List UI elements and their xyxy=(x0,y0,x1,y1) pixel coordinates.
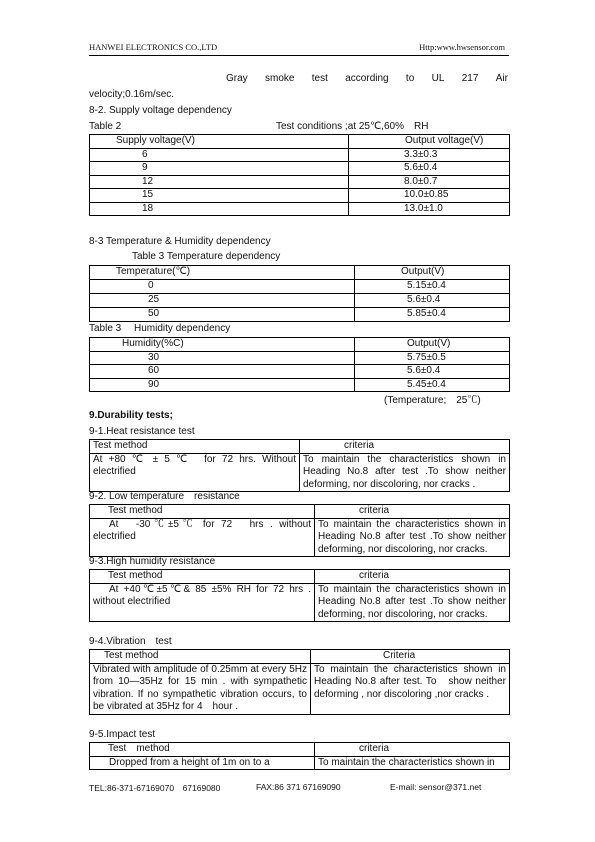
table-row: Dropped from a height of 1m on to a To m… xyxy=(90,756,510,770)
test-method: Dropped from a height of 1m on to a xyxy=(90,756,315,770)
test-title: 9-1.Heat resistance test xyxy=(89,426,195,438)
table-row: 95.6±0.4 xyxy=(90,162,510,176)
cell-left: 60 xyxy=(90,365,355,379)
cell-left: Supply voltage(V) xyxy=(90,135,349,149)
table-header-row: Test method criteria xyxy=(90,440,510,454)
table-row: 905.45±0.4 xyxy=(90,378,510,392)
test-title: 9-2. Low temperature resistance xyxy=(89,491,240,503)
intro-line-1: GraysmoketestaccordingtoUL217Air xyxy=(226,73,508,85)
criteria-header: criteria xyxy=(315,743,510,757)
intro-word: according xyxy=(345,73,388,85)
test-conditions: Test conditions ;at 25℃,60% RH xyxy=(276,121,428,133)
footer-fax: FAX:86 371 67169090 xyxy=(256,782,341,792)
cell-right: 5.15±0.4 xyxy=(355,280,510,294)
table-header-row: Temperature(℃)Output(V) xyxy=(90,266,510,280)
section-9-title: 9.Durability tests; xyxy=(89,410,173,422)
intro-word: Air xyxy=(496,73,508,85)
cell-left: 18 xyxy=(90,202,349,216)
durability-test-table: Test method criteria At +40℃±5℃& 85 ±5% … xyxy=(89,569,510,622)
table-row: 605.6±0.4 xyxy=(90,365,510,379)
table-row: 1510.0±0.85 xyxy=(90,189,510,203)
table-row: 63.3±0.3 xyxy=(90,148,510,162)
table-row: 505.85±0.4 xyxy=(90,308,510,322)
humidity-table: Humidity(%C)Output(V)305.75±0.5605.6±0.4… xyxy=(89,337,510,392)
table-row: At +80 ℃ ± 5 ℃ for 72 hrs. Without elect… xyxy=(90,453,510,492)
cell-right: Output(V) xyxy=(355,338,510,352)
cell-left: 9 xyxy=(90,162,349,176)
table-header-row: Test method Criteria xyxy=(90,650,510,664)
intro-word: smoke xyxy=(265,73,294,85)
section-8-3-title: 8-3 Temperature & Humidity dependency xyxy=(89,236,271,248)
table-row: 128.0±0.7 xyxy=(90,175,510,189)
cell-right: 13.0±1.0 xyxy=(349,202,510,216)
intro-word: test xyxy=(312,73,328,85)
test-method: At +40℃±5℃& 85 ±5% RH for 72 hrs . witho… xyxy=(90,583,315,622)
temperature-table-caption: Table 3 Temperature dependency xyxy=(132,251,280,263)
criteria-header: Criteria xyxy=(311,650,510,664)
test-method-header: Test method xyxy=(90,505,315,519)
footer-tel: TEL:86-371-67169070 67169080 xyxy=(89,782,220,794)
test-criteria: To maintain the characteristics shown in… xyxy=(315,583,510,622)
company-name: HANWEI ELECTRONICS CO.,LTD xyxy=(89,42,217,52)
test-criteria: To maintain the characteristics shown in… xyxy=(315,518,510,557)
durability-test-table: Test method criteria At +80 ℃ ± 5 ℃ for … xyxy=(89,439,510,492)
table-header-row: Test method criteria xyxy=(90,505,510,519)
criteria-header: criteria xyxy=(300,440,510,454)
table-row: 305.75±0.5 xyxy=(90,351,510,365)
table-row: At +40℃±5℃& 85 ±5% RH for 72 hrs . witho… xyxy=(90,583,510,622)
test-criteria: To maintain the characteristics shown in… xyxy=(311,663,510,714)
durability-test-table: Test method criteria Dropped from a heig… xyxy=(89,742,510,770)
test-criteria: To maintain the characteristics shown in xyxy=(315,756,510,770)
durability-test-table: Test method criteria At -30℃±5℃ for 72 h… xyxy=(89,504,510,557)
table-row: 05.15±0.4 xyxy=(90,280,510,294)
table-header-row: Supply voltage(V)Output voltage(V) xyxy=(90,135,510,149)
temperature-table: Temperature(℃)Output(V)05.15±0.4255.6±0.… xyxy=(89,265,510,322)
table-header-row: Humidity(%C)Output(V) xyxy=(90,338,510,352)
cell-right: 10.0±0.85 xyxy=(349,189,510,203)
intro-word: 217 xyxy=(462,73,479,85)
intro-word: UL xyxy=(432,73,445,85)
test-method: At +80 ℃ ± 5 ℃ for 72 hrs. Without elect… xyxy=(90,453,300,492)
cell-right: 5.45±0.4 xyxy=(355,378,510,392)
test-title: 9-3.High humidity resistance xyxy=(89,556,215,568)
cell-right: Output voltage(V) xyxy=(349,135,510,149)
temperature-note: (Temperature; 25℃) xyxy=(384,395,481,407)
footer-email: E-mail: sensor@371.net xyxy=(390,782,481,792)
test-criteria: To maintain the characteristics shown in… xyxy=(300,453,510,492)
test-method: At -30℃±5℃ for 72 hrs . without electrif… xyxy=(90,518,315,557)
cell-right: 5.6±0.4 xyxy=(355,365,510,379)
table-2-label: Table 2 xyxy=(89,121,121,133)
test-method-header: Test method xyxy=(90,650,311,664)
supply-voltage-table: Supply voltage(V)Output voltage(V)63.3±0… xyxy=(89,134,510,216)
test-title: 9-4.Vibration test xyxy=(89,636,172,648)
cell-right: 3.3±0.3 xyxy=(349,148,510,162)
table-row: 1813.0±1.0 xyxy=(90,202,510,216)
cell-right: 5.6±0.4 xyxy=(349,162,510,176)
table-header-row: Test method criteria xyxy=(90,570,510,584)
test-method-header: Test method xyxy=(90,440,300,454)
cell-left: 30 xyxy=(90,351,355,365)
cell-left: 6 xyxy=(90,148,349,162)
intro-word: to xyxy=(406,73,414,85)
cell-left: 50 xyxy=(90,308,355,322)
intro-word: Gray xyxy=(226,73,248,85)
cell-left: 25 xyxy=(90,294,355,308)
page-header: HANWEI ELECTRONICS CO.,LTD Http:www.hwse… xyxy=(89,42,509,56)
cell-right: Output(V) xyxy=(355,266,510,280)
cell-left: 12 xyxy=(90,175,349,189)
cell-right: 8.0±0.7 xyxy=(349,175,510,189)
section-8-2-title: 8-2. Supply voltage dependency xyxy=(89,105,232,117)
table-row: At -30℃±5℃ for 72 hrs . without electrif… xyxy=(90,518,510,557)
cell-right: 5.75±0.5 xyxy=(355,351,510,365)
header-url: Http:www.hwsensor.com xyxy=(419,42,505,52)
table-row: 255.6±0.4 xyxy=(90,294,510,308)
cell-left: 0 xyxy=(90,280,355,294)
test-method: Vibrated with amplitude of 0.25mm at eve… xyxy=(90,663,311,714)
durability-test-table: Test method Criteria Vibrated with ampli… xyxy=(89,649,510,715)
criteria-header: criteria xyxy=(315,570,510,584)
cell-left: Humidity(%C) xyxy=(90,338,355,352)
cell-left: 15 xyxy=(90,189,349,203)
cell-right: 5.85±0.4 xyxy=(355,308,510,322)
test-method-header: Test method xyxy=(90,743,315,757)
humidity-table-caption: Table 3 Humidity dependency xyxy=(89,323,230,335)
cell-right: 5.6±0.4 xyxy=(355,294,510,308)
intro-line-2: velocity;0.16m/sec. xyxy=(89,89,174,101)
test-title: 9-5.Impact test xyxy=(89,729,155,741)
cell-left: Temperature(℃) xyxy=(90,266,355,280)
cell-left: 90 xyxy=(90,378,355,392)
test-method-header: Test method xyxy=(90,570,315,584)
table-header-row: Test method criteria xyxy=(90,743,510,757)
criteria-header: criteria xyxy=(315,505,510,519)
table-row: Vibrated with amplitude of 0.25mm at eve… xyxy=(90,663,510,714)
